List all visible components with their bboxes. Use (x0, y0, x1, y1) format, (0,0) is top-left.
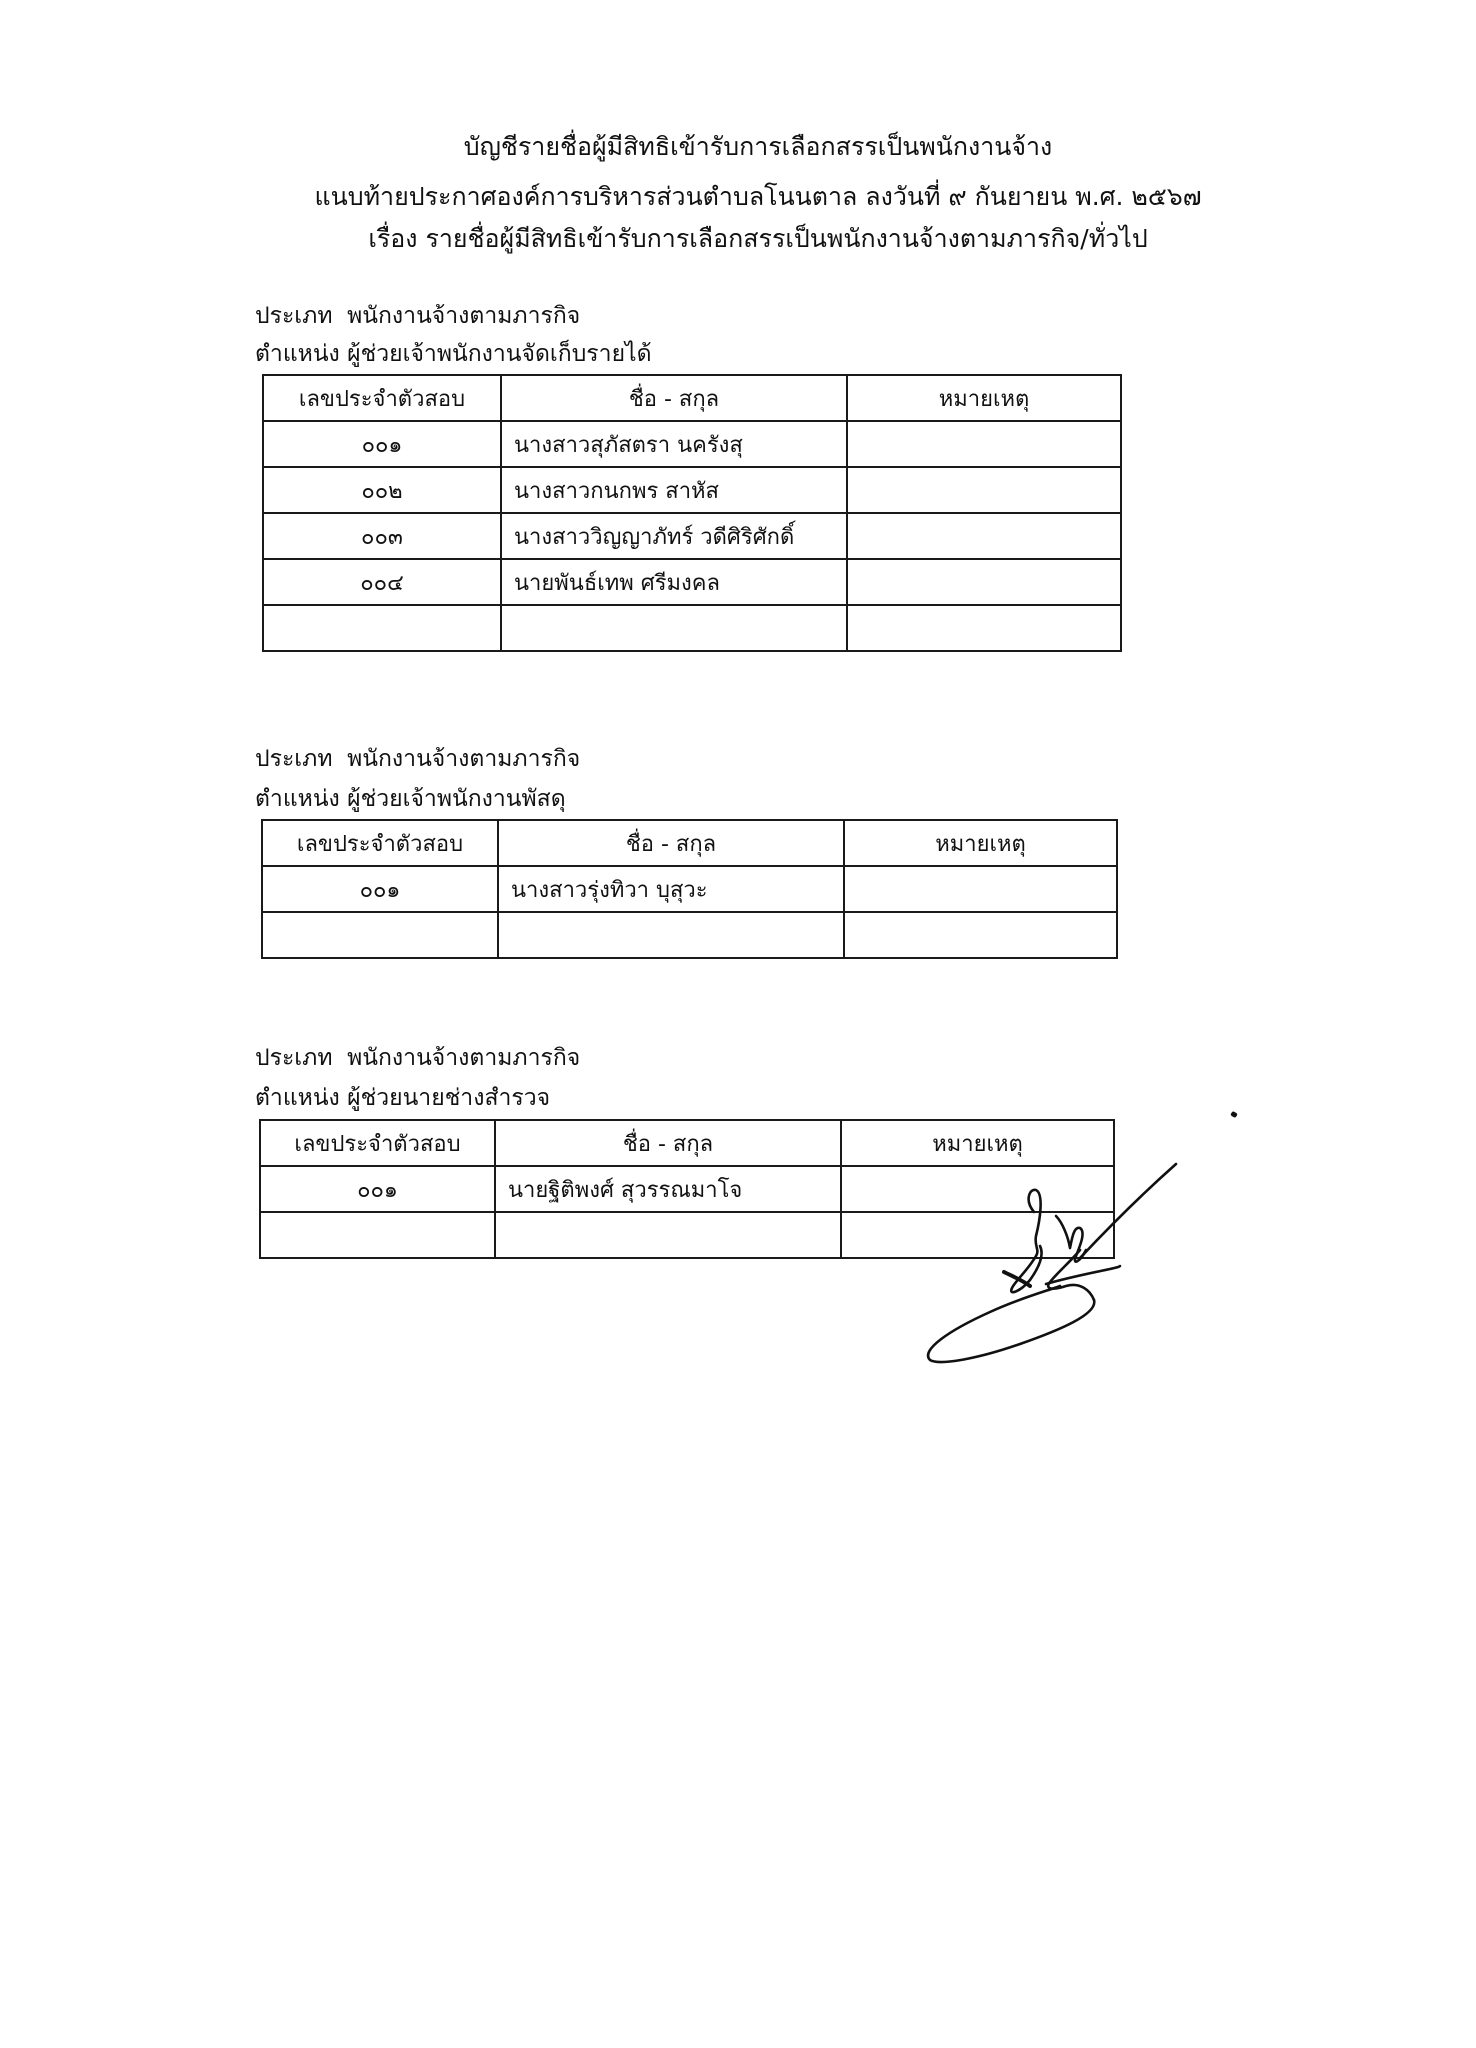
remark-cell (847, 467, 1121, 513)
table-row-empty (262, 912, 1117, 958)
name-cell: นางสาวสุภัสตรา นครังสุ (501, 421, 847, 467)
table-row-empty (263, 605, 1121, 651)
column-header-id: เลขประจำตัวสอบ (260, 1120, 495, 1166)
exam-id-cell: ๐๐๑ (260, 1166, 495, 1212)
document-title: บัญชีรายชื่อผู้มีสิทธิเข้ารับการเลือกสรร… (20, 128, 1476, 166)
ink-mark (1230, 1111, 1238, 1118)
column-header-remark: หมายเหตุ (841, 1120, 1114, 1166)
table-header-row: เลขประจำตัวสอบ ชื่อ - สกุล หมายเหตุ (260, 1120, 1114, 1166)
exam-id-cell (260, 1212, 495, 1258)
name-cell: นางสาวรุ่งทิวา บุสุวะ (498, 866, 844, 912)
remark-cell (847, 605, 1121, 651)
remark-cell (841, 1166, 1114, 1212)
remark-cell (841, 1212, 1114, 1258)
handwritten-signature (0, 0, 1476, 2048)
section-type-label: ประเภท พนักงานจ้างตามภารกิจ (255, 300, 580, 332)
table-header-row: เลขประจำตัวสอบ ชื่อ - สกุล หมายเหตุ (262, 820, 1117, 866)
table-row: ๐๐๔ นายพันธ์เทพ ศรีมงคล (263, 559, 1121, 605)
section-position-label: ตำแหน่ง ผู้ช่วยนายช่างสำรวจ (255, 1082, 550, 1114)
remark-cell (847, 421, 1121, 467)
table-row-empty (260, 1212, 1114, 1258)
name-cell (495, 1212, 841, 1258)
table-row: ๐๐๒ นางสาวกนกพร สาหัส (263, 467, 1121, 513)
candidate-table: เลขประจำตัวสอบ ชื่อ - สกุล หมายเหตุ ๐๐๑ … (262, 374, 1122, 652)
exam-id-cell (263, 605, 501, 651)
column-header-remark: หมายเหตุ (847, 375, 1121, 421)
table-row: ๐๐๓ นางสาววิญญาภัทร์ วดีศิริศักดิ์ (263, 513, 1121, 559)
exam-id-cell: ๐๐๑ (263, 421, 501, 467)
column-header-remark: หมายเหตุ (844, 820, 1117, 866)
name-cell: นายพันธ์เทพ ศรีมงคล (501, 559, 847, 605)
remark-cell (844, 912, 1117, 958)
remark-cell (847, 513, 1121, 559)
exam-id-cell (262, 912, 498, 958)
table-row: ๐๐๑ นางสาวรุ่งทิวา บุสุวะ (262, 866, 1117, 912)
table-row: ๐๐๑ นางสาวสุภัสตรา นครังสุ (263, 421, 1121, 467)
section-position-label: ตำแหน่ง ผู้ช่วยเจ้าพนักงานพัสดุ (255, 783, 566, 815)
table-header-row: เลขประจำตัวสอบ ชื่อ - สกุล หมายเหตุ (263, 375, 1121, 421)
column-header-id: เลขประจำตัวสอบ (262, 820, 498, 866)
name-cell: นายฐิติพงศ์ สุวรรณมาโจ (495, 1166, 841, 1212)
column-header-name: ชื่อ - สกุล (501, 375, 847, 421)
name-cell: นางสาวกนกพร สาหัส (501, 467, 847, 513)
table-row: ๐๐๑ นายฐิติพงศ์ สุวรรณมาโจ (260, 1166, 1114, 1212)
exam-id-cell: ๐๐๑ (262, 866, 498, 912)
column-header-id: เลขประจำตัวสอบ (263, 375, 501, 421)
remark-cell (844, 866, 1117, 912)
name-cell (501, 605, 847, 651)
candidate-table: เลขประจำตัวสอบ ชื่อ - สกุล หมายเหตุ ๐๐๑ … (259, 1119, 1115, 1259)
candidate-table: เลขประจำตัวสอบ ชื่อ - สกุล หมายเหตุ ๐๐๑ … (261, 819, 1118, 959)
column-header-name: ชื่อ - สกุล (495, 1120, 841, 1166)
document-subject: เรื่อง รายชื่อผู้มีสิทธิเข้ารับการเลือกส… (20, 220, 1476, 258)
section-type-label: ประเภท พนักงานจ้างตามภารกิจ (255, 1042, 580, 1074)
name-cell: นางสาววิญญาภัทร์ วดีศิริศักดิ์ (501, 513, 847, 559)
section-type-label: ประเภท พนักงานจ้างตามภารกิจ (255, 743, 580, 775)
exam-id-cell: ๐๐๒ (263, 467, 501, 513)
exam-id-cell: ๐๐๔ (263, 559, 501, 605)
section-position-label: ตำแหน่ง ผู้ช่วยเจ้าพนักงานจัดเก็บรายได้ (255, 338, 652, 370)
remark-cell (847, 559, 1121, 605)
announcement-reference: แนบท้ายประกาศองค์การบริหารส่วนตำบลโนนตาล… (20, 178, 1476, 216)
exam-id-cell: ๐๐๓ (263, 513, 501, 559)
name-cell (498, 912, 844, 958)
column-header-name: ชื่อ - สกุล (498, 820, 844, 866)
